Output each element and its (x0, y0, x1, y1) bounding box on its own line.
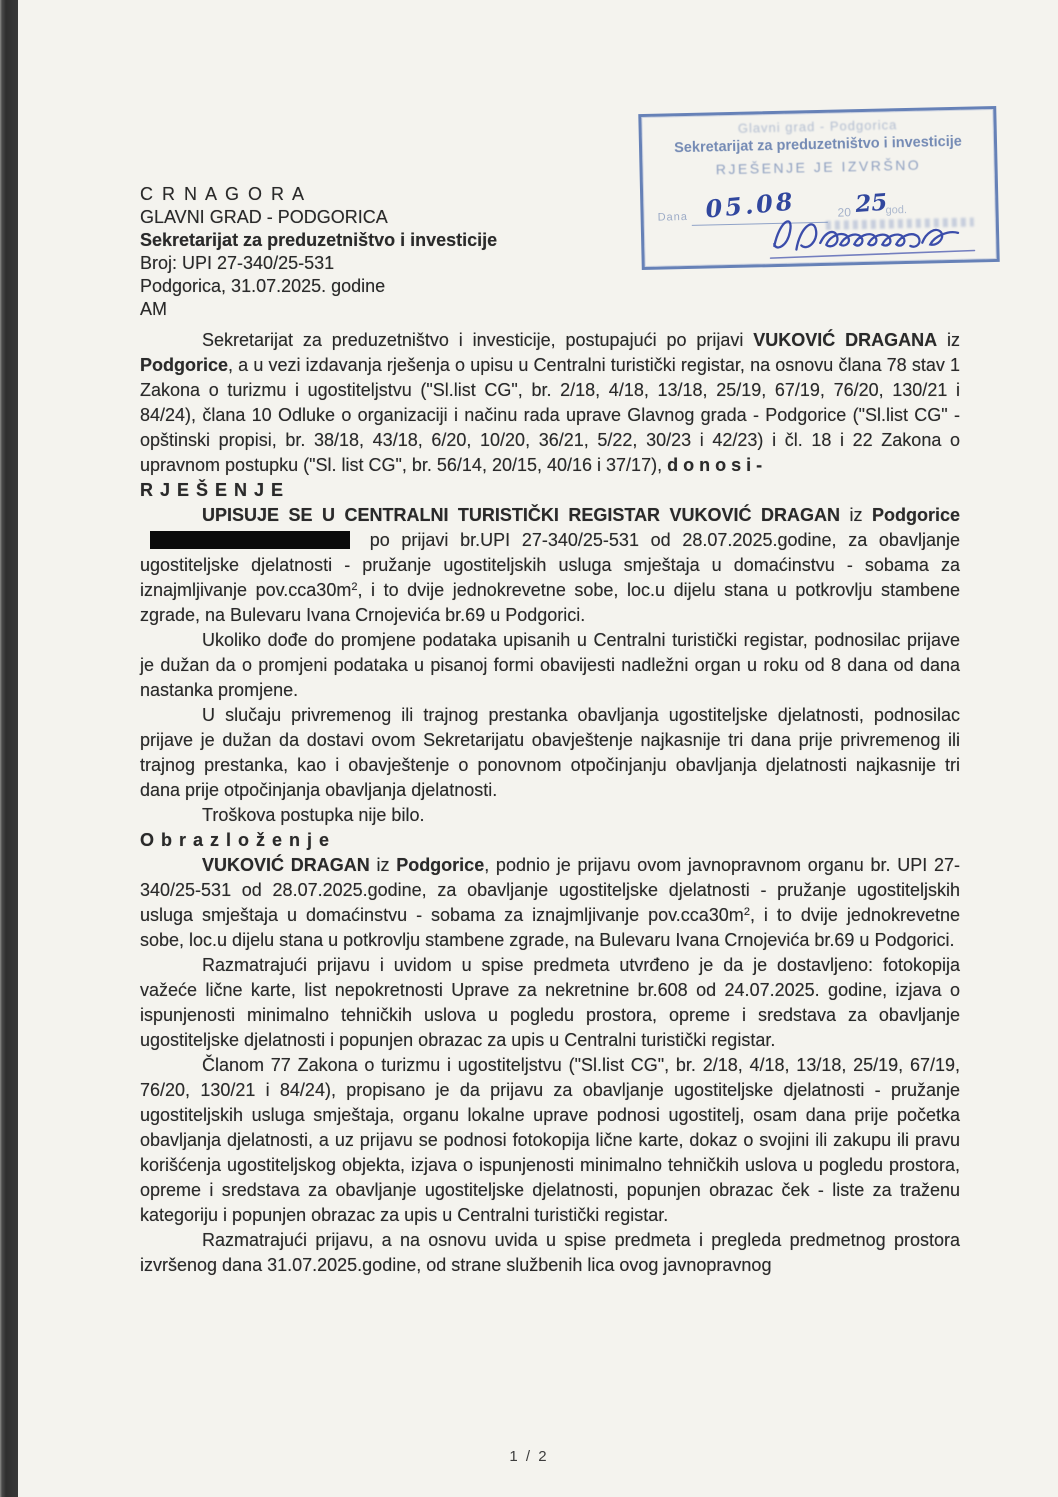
letterhead-initials: AM (140, 298, 960, 321)
letterhead-department: Sekretarijat za preduzetništvo i investi… (140, 229, 960, 252)
scanner-edge-shadow (0, 0, 18, 1497)
redaction-bar (150, 531, 350, 549)
document-body: C R N A G O R A GLAVNI GRAD - PODGORICA … (140, 183, 960, 1278)
costs-paragraph: Troškova postupka nije bilo. (140, 803, 960, 828)
letterhead-place-date: Podgorica, 31.07.2025. godine (140, 275, 960, 298)
letterhead: C R N A G O R A GLAVNI GRAD - PODGORICA … (140, 183, 960, 321)
page-number: 1 / 2 (0, 1448, 1058, 1465)
explanation-title: O b r a z l o ž e n j e (140, 828, 960, 853)
article77-paragraph: Članom 77 Zakona o turizmu i ugostiteljs… (140, 1053, 960, 1228)
stamp-status-line: RJEŠENJE JE IZVRŠNO (642, 155, 994, 179)
intro-paragraph: Sekretarijat za preduzetništvo i investi… (140, 328, 960, 478)
evidence-paragraph: Razmatrajući prijavu i uvidom u spise pr… (140, 953, 960, 1053)
letterhead-city: GLAVNI GRAD - PODGORICA (140, 206, 960, 229)
letterhead-country: C R N A G O R A (140, 183, 960, 206)
applicant-paragraph: VUKOVIĆ DRAGAN iz Podgorice, podnio je p… (140, 853, 960, 953)
change-of-data-paragraph: Ukoliko dođe do promjene podataka upisan… (140, 628, 960, 703)
decision-title: R J E Š E N J E (140, 478, 960, 503)
cessation-paragraph: U slučaju privremenog ili trajnog presta… (140, 703, 960, 803)
scanned-document-page: Glavni grad - Podgorica Sekretarijat za … (0, 0, 1058, 1497)
inspection-paragraph: Razmatrajući prijavu, a na osnovu uvida … (140, 1228, 960, 1278)
letterhead-case-number: Broj: UPI 27-340/25-531 (140, 252, 960, 275)
decision-text: Sekretarijat za preduzetništvo i investi… (140, 328, 960, 1278)
ruling-paragraph: UPISUJE SE U CENTRALNI TURISTIČKI REGIST… (140, 503, 960, 628)
